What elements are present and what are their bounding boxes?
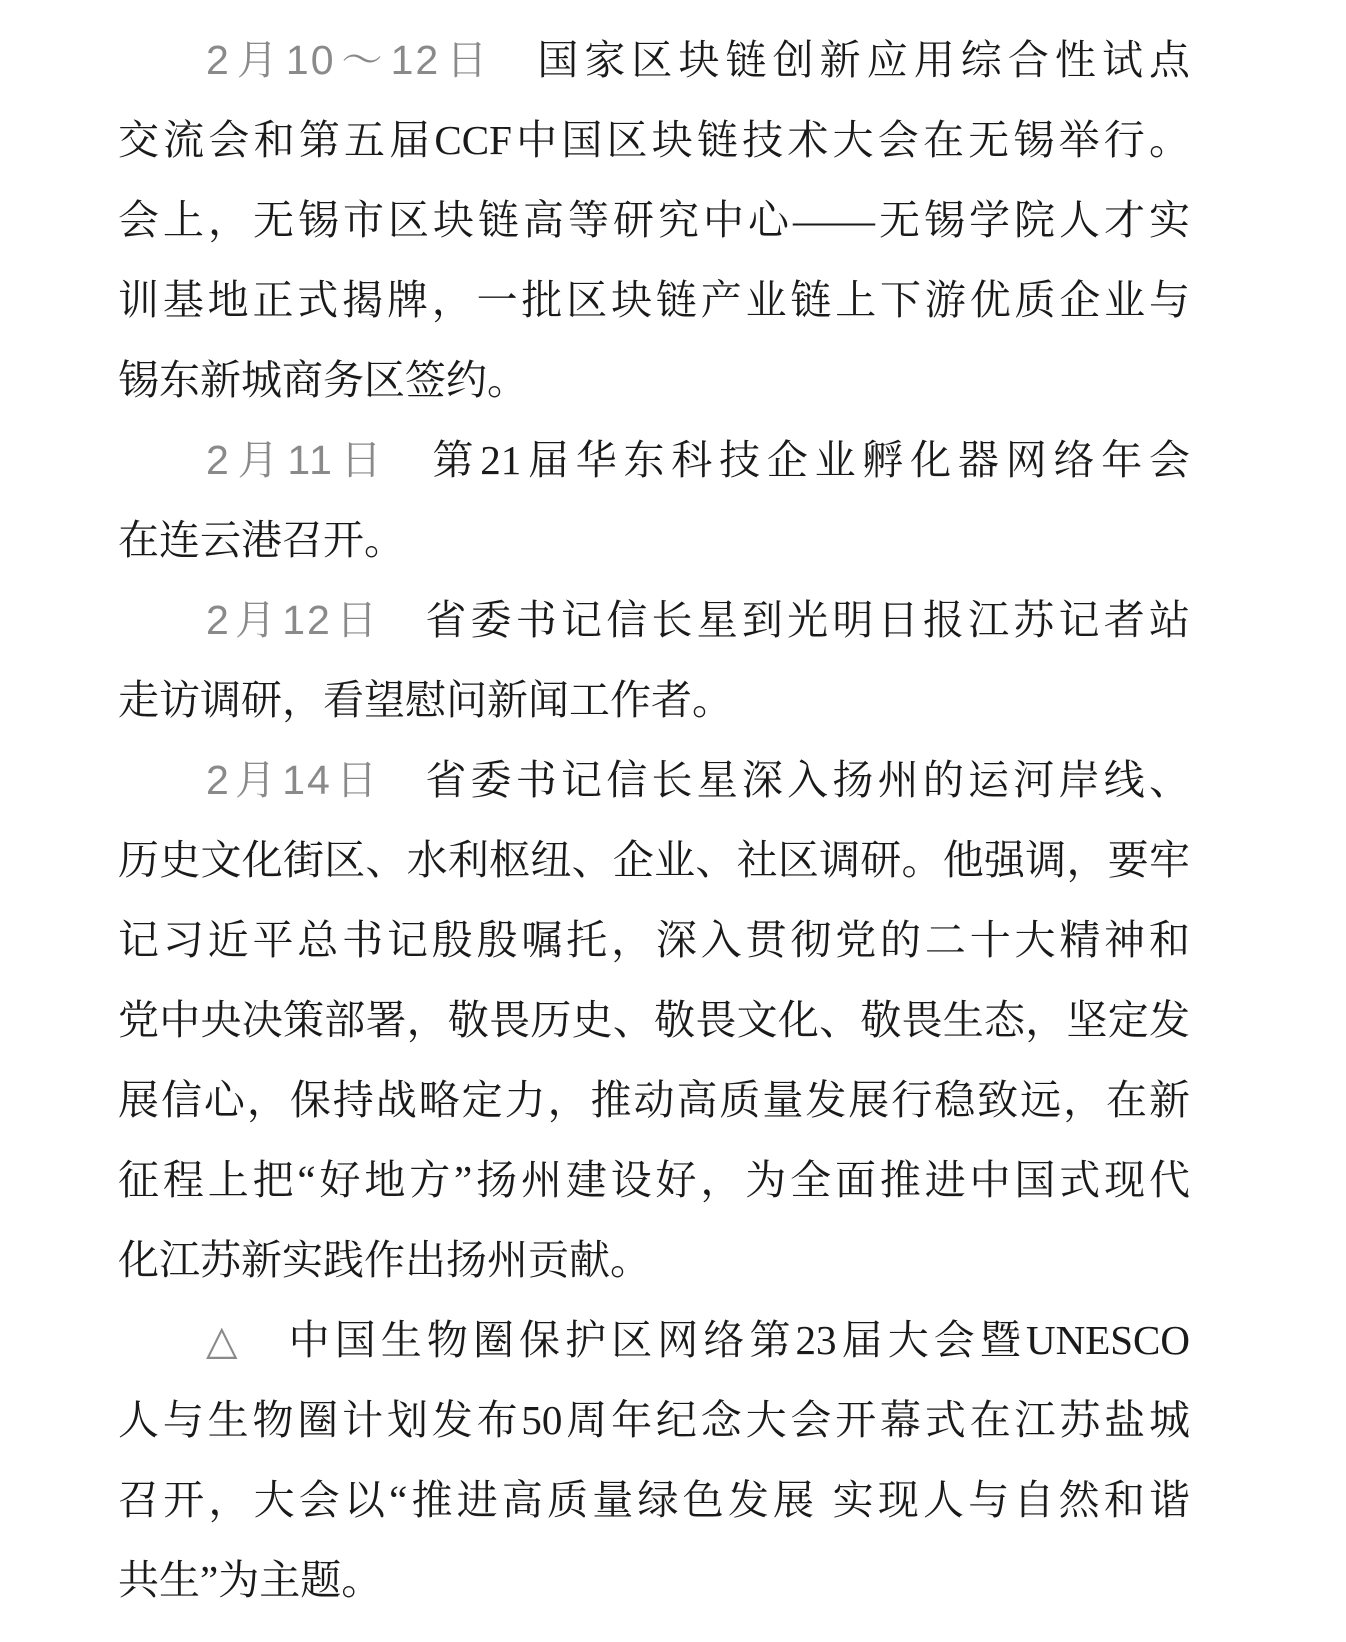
text-segment: 国家区块链创新应用综合性试点 bbox=[537, 37, 1190, 83]
text-segment: 中国生物圈保护区网络第23届大会暨UNESCO bbox=[289, 1317, 1190, 1363]
text-line: 锡东新城商务区签约。 bbox=[118, 340, 1190, 420]
text-line: 2月12日省委书记信长星到光明日报江苏记者站 bbox=[118, 580, 1190, 660]
chronicle-entry-feb11: 2月11日第21届华东科技企业孵化器网络年会 在连云港召开。 bbox=[118, 420, 1190, 580]
text-line: 训基地正式揭牌，一批区块链产业链上下游优质企业与 bbox=[118, 260, 1190, 340]
text-line: 会上，无锡市区块链高等研究中心——无锡学院人才实 bbox=[118, 180, 1190, 260]
text-line: 交流会和第五届CCF中国区块链技术大会在无锡举行。 bbox=[118, 100, 1190, 180]
entry-date: 2月14日 bbox=[206, 757, 383, 803]
text-segment: 省委书记信长星深入扬州的运河岸线、 bbox=[425, 757, 1190, 803]
text-line: 党中央决策部署，敬畏历史、敬畏文化、敬畏生态，坚定发 bbox=[118, 980, 1190, 1060]
text-line: 人与生物圈计划发布50周年纪念大会开幕式在江苏盐城 bbox=[118, 1380, 1190, 1460]
text-line: 2月14日省委书记信长星深入扬州的运河岸线、 bbox=[118, 740, 1190, 820]
text-line: 走访调研，看望慰问新闻工作者。 bbox=[118, 660, 1190, 740]
text-segment: 省委书记信长星到光明日报江苏记者站 bbox=[425, 597, 1190, 643]
text-line: 展信心，保持战略定力，推动高质量发展行稳致远，在新 bbox=[118, 1060, 1190, 1140]
text-line: 召开，大会以“推进高质量绿色发展 实现人与自然和谐 bbox=[118, 1460, 1190, 1540]
text-line: 共生”为主题。 bbox=[118, 1540, 1190, 1620]
book-page: 2月10～12日国家区块链创新应用综合性试点 交流会和第五届CCF中国区块链技术… bbox=[0, 0, 1346, 1642]
text-line: 征程上把“好地方”扬州建设好，为全面推进中国式现代 bbox=[118, 1140, 1190, 1220]
text-segment: 第21届华东科技企业孵化器网络年会 bbox=[432, 437, 1190, 483]
triangle-bullet-icon: △ bbox=[206, 1317, 243, 1363]
chronicle-entry-feb14: 2月14日省委书记信长星深入扬州的运河岸线、 历史文化街区、水利枢纽、企业、社区… bbox=[118, 740, 1190, 1300]
entry-date: 2月11日 bbox=[206, 437, 390, 483]
text-line: △中国生物圈保护区网络第23届大会暨UNESCO bbox=[118, 1300, 1190, 1380]
chronicle-entry-feb10-12: 2月10～12日国家区块链创新应用综合性试点 交流会和第五届CCF中国区块链技术… bbox=[118, 20, 1190, 420]
text-line: 记习近平总书记殷殷嘱托，深入贯彻党的二十大精神和 bbox=[118, 900, 1190, 980]
entry-date: 2月10～12日 bbox=[206, 37, 495, 83]
text-line: 2月11日第21届华东科技企业孵化器网络年会 bbox=[118, 420, 1190, 500]
chronicle-entry-triangle: △中国生物圈保护区网络第23届大会暨UNESCO 人与生物圈计划发布50周年纪念… bbox=[118, 1300, 1190, 1620]
chronicle-entry-feb12: 2月12日省委书记信长星到光明日报江苏记者站 走访调研，看望慰问新闻工作者。 bbox=[118, 580, 1190, 740]
entry-date: 2月12日 bbox=[206, 597, 383, 643]
text-line: 历史文化街区、水利枢纽、企业、社区调研。他强调，要牢 bbox=[118, 820, 1190, 900]
text-line: 2月10～12日国家区块链创新应用综合性试点 bbox=[118, 20, 1190, 100]
text-line: 在连云港召开。 bbox=[118, 500, 1190, 580]
text-line: 化江苏新实践作出扬州贡献。 bbox=[118, 1220, 1190, 1300]
